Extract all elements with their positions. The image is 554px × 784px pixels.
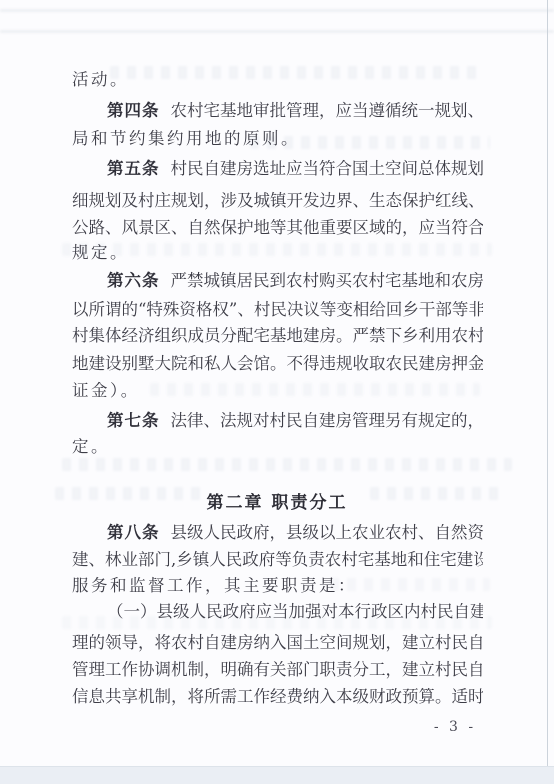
article-number: 第四条 (107, 101, 160, 120)
text-line: 第五条村民自建房选址应当符合国土空间总体规划、详 (72, 157, 483, 183)
text-line: 理的领导，将农村自建房纳入国土空间规划，建立村民自建房 (72, 631, 483, 657)
scanned-document-page: 活动。 第四条农村宅基地审批管理，应当遵循统一规划、合理布 局和节约集约用地的原… (0, 0, 554, 784)
text-line: 细规划及村庄规划，涉及城镇开发边界、生态保护红线、河道、 (72, 189, 483, 215)
article-number: 第五条 (107, 159, 160, 178)
text-line: 管理工作协调机制，明确有关部门职责分工，建立村民自建房 (72, 658, 483, 684)
scan-streak (0, 9, 554, 12)
article-number: 第八条 (107, 523, 160, 542)
page-number: - 3 - (420, 719, 490, 735)
text-line: 第四条农村宅基地审批管理，应当遵循统一规划、合理布 (72, 99, 483, 125)
scan-streak (0, 30, 554, 33)
chapter-heading: 第二章 职责分工 (0, 488, 554, 514)
text-line: 第七条法律、法规对村民自建房管理另有规定的，从其规 (72, 409, 483, 435)
text-line: 村集体经济组织成员分配宅基地建房。严禁下乡利用农村宅基 (72, 324, 483, 350)
text-line: 证金）。 (72, 379, 483, 405)
text-line: 第八条县级人民政府，县级以上农业农村、自然资源、住 (72, 521, 483, 547)
text-line: （一）县级人民政府应当加强对本行政区内村民自建房管 (72, 600, 483, 626)
text-line: 建、林业部门,乡镇人民政府等负责农村宅基地和住宅建设管理 (72, 548, 483, 574)
article-number: 第七条 (107, 411, 160, 430)
page-edge-line (547, 0, 548, 766)
scan-bottom-shadow (0, 766, 554, 784)
article-number: 第六条 (107, 271, 160, 290)
text-line: 规定。 (72, 241, 483, 267)
text-line: 信息共享机制，将所需工作经费纳入本级财政预算。适时开展 (72, 685, 483, 711)
text-line: 以所谓的“特殊资格权”、村民决议等变相给回乡干部等非农 (72, 298, 483, 324)
text-line: 公路、风景区、自然保护地等其他重要区域的，应当符合有关 (72, 216, 483, 242)
text-line: 局和节约集约用地的原则。 (72, 127, 483, 153)
text-line: 服务和监督工作，其主要职责是： (72, 574, 483, 600)
text-line: 第六条严禁城镇居民到农村购买农村宅基地和农房。不得 (72, 269, 483, 295)
text-line: 定。 (72, 435, 483, 461)
text-line: 活动。 (72, 68, 483, 94)
text-line: 地建设别墅大院和私人会馆。不得违规收取农民建房押金（保 (72, 352, 483, 378)
